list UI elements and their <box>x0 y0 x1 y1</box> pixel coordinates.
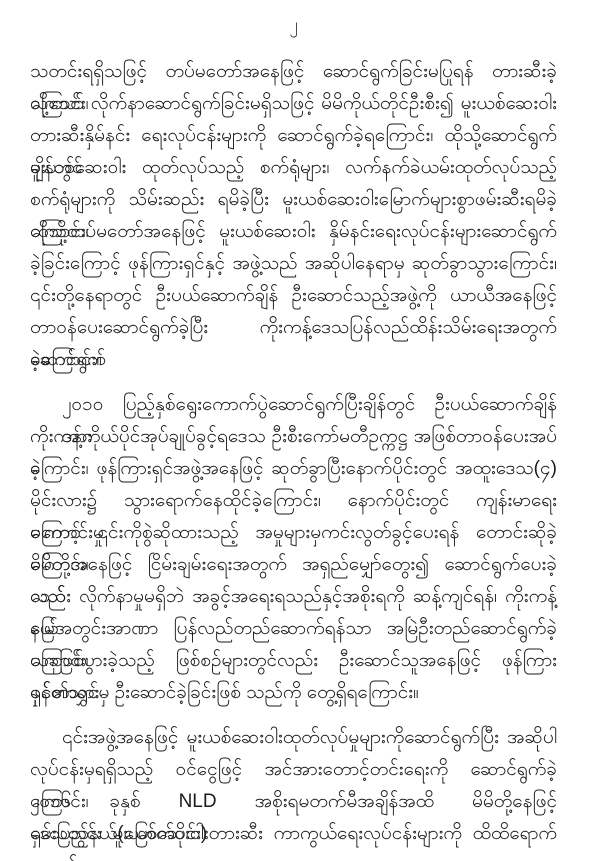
page-number: ၂ <box>30 14 557 36</box>
text-line: လည်း လိုက်နာမှုမရှိဘဲ အခွင့်အရေးရသည်နှင့… <box>30 581 557 613</box>
text-line: ၂၀၁၀ ပြည့်နှစ်ရွေးကောက်ပွဲဆောင်ရွက်ပြီးခ… <box>30 389 557 421</box>
text-line: သတင်းရရှိသဖြင့် တပ်မတော်အနေဖြင့် ဆောင်ရွ… <box>30 56 557 88</box>
document-page: ၂ သတင်းရရှိသဖြင့် တပ်မတော်အနေဖြင့် ဆောင်… <box>0 0 589 861</box>
text-line: ၂၀၁၆ ခုနှစ် NLD အစိုးရမတက်မီအချိန်အထိ မိ… <box>30 786 557 818</box>
text-line: ကြောင်း၊ ဖုန်ကြားရှင်အဖွဲ့အနေဖြင့် ဆုတ်ခ… <box>30 453 557 485</box>
paragraph: ၂၀၁၀ ပြည့်နှစ်ရွေးကောက်ပွဲဆောင်ရွက်ပြီးခ… <box>30 389 557 709</box>
text-line: ခဲ့ကြောင်း။ <box>30 344 557 376</box>
text-line: ယခုဖြစ်ပွားခဲ့သည့် ဖြစ်စဉ်များတွင်လည်း ဦ… <box>30 645 557 677</box>
text-line: မိမိတို့အနေဖြင့် ငြိမ်းချမ်းရေးအတွက် အရှ… <box>30 549 557 581</box>
text-line: သို့သော် လိုက်နာဆောင်ရွက်ခြင်းမရှိသဖြင့်… <box>30 88 557 120</box>
text-line: ၎င်းတို့နေရာတွင် ဦးပယ်ဆောက်ချိန် ဦးဆောင်… <box>30 280 557 312</box>
text-line: ခဲ့ခြင်းကြောင့် ဖုန်ကြားရှင်နှင့် အဖွဲ့သ… <box>30 248 557 280</box>
text-line: ဒေသတွင်း မူးယစ်ဆေးဝါးတားဆီး ကာကွယ်ရေးလုပ… <box>30 818 557 850</box>
text-line: မြေအတွင်းအာဏာ ပြန်လည်တည်ဆောက်ရန်သာ အမြဲဦ… <box>30 613 557 645</box>
text-line: စက်ရုံများကို သိမ်းဆည်း ရမိခဲ့ပြီး မူးယစ… <box>30 184 557 216</box>
text-line: မိုင်းလား၌ သွားရောက်နေထိုင်ခဲ့ကြောင်း၊ န… <box>30 485 557 517</box>
text-line: လုပ်ငန်းမှရရှိသည့် ဝင်ငွေဖြင့် အင်အားတော… <box>30 754 557 786</box>
paragraph: ၎င်းအဖွဲ့အနေဖြင့် မူးယစ်ဆေးဝါးထုတ်လုပ်မှ… <box>30 722 557 850</box>
paragraph: သတင်းရရှိသဖြင့် တပ်မတော်အနေဖြင့် ဆောင်ရွ… <box>30 56 557 376</box>
text-line: ထိုသို့တပ်မတော်အနေဖြင့် မူးယစ်ဆေးဝါး နှိ… <box>30 216 557 248</box>
text-line: တာဝန်ပေးဆောင်ရွက်ခဲ့ပြီး ကိုးကန့်ဒေသပြန်… <box>30 312 557 344</box>
text-line: ကြောင့် ၎င်းကိုစွဲဆိုထားသည့် အမှုများမှက… <box>30 517 557 549</box>
text-line: ၎င်းအဖွဲ့အနေဖြင့် မူးယစ်ဆေးဝါးထုတ်လုပ်မှ… <box>30 722 557 754</box>
text-line: ဖုန်တာရွှင်မှ ဦးဆောင်ခဲ့ခြင်းဖြစ် သည်ကို… <box>30 677 557 709</box>
text-line: ကိုးကန့်ကိုယ်ပိုင်အုပ်ချုပ်ခွင့်ရဒေသ ဦးစ… <box>30 421 557 453</box>
text-line: မူးယစ်ဆေးဝါး ထုတ်လုပ်သည့် စက်ရုံများ၊ လက… <box>30 152 557 184</box>
text-line: တားဆီးနှိမ်နင်း ရေးလုပ်ငန်းများကို ဆောင်… <box>30 120 557 152</box>
document-body: သတင်းရရှိသဖြင့် တပ်မတော်အနေဖြင့် ဆောင်ရွ… <box>30 56 557 850</box>
